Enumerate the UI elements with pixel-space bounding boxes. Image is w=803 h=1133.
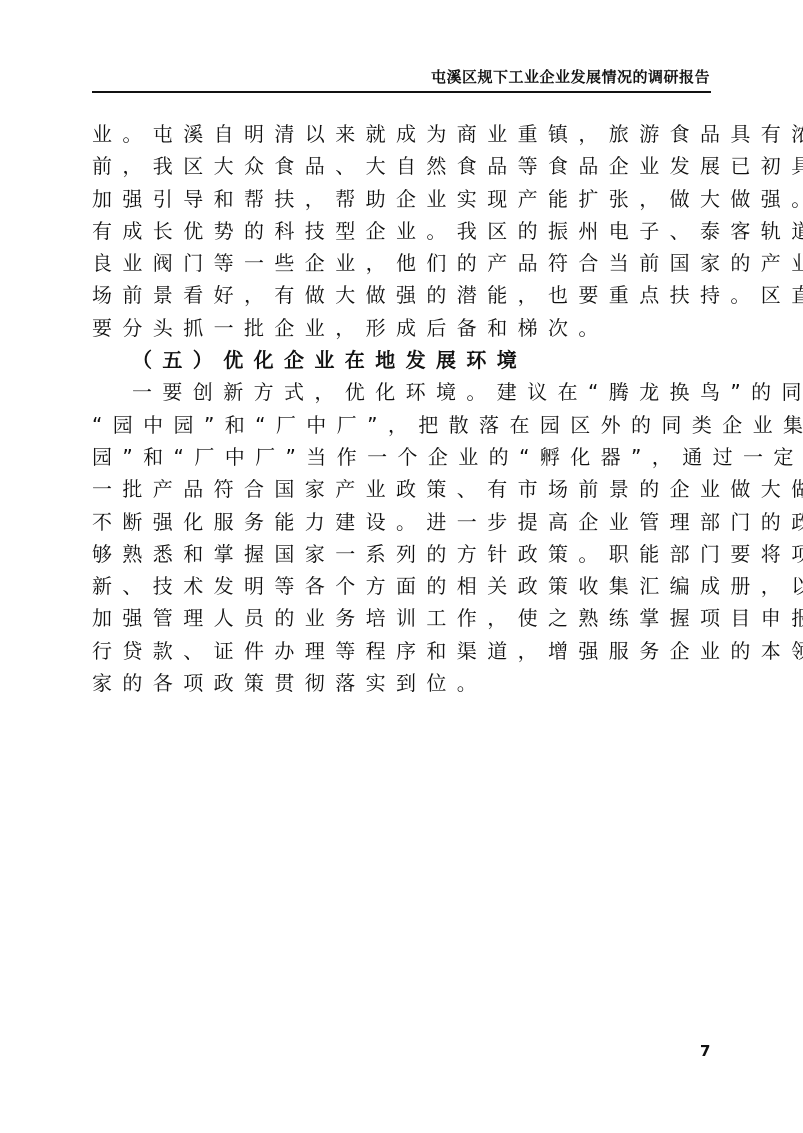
running-header-title: 屯溪区规下工业企业发展情况的调研报告 xyxy=(431,66,710,87)
paragraph-line: 一要创新方式，优化环境。建议在“腾龙换鸟”的同时，园区内开辟 xyxy=(92,376,717,408)
paragraph-line: 加强管理人员的业务培训工作，使之熟练掌握项目申报、税费减免、银 xyxy=(92,602,717,634)
paragraph-line: “园中园”和“厂中厂”，把散落在园区外的同类企业集中起来，把“园中 xyxy=(92,409,717,441)
paragraph-line: 业。屯溪自明清以来就成为商业重镇，旅游食品具有浓郁地域特色。目 xyxy=(92,118,717,150)
paragraph-line: 有成长优势的科技型企业。我区的振州电子、泰客轨道、派尼尔科技、 xyxy=(92,215,717,247)
paragraph-line: 场前景看好，有做大做强的潜能，也要重点扶持。区直各部门和乡镇也 xyxy=(92,279,717,311)
paragraph-line: 行贷款、证件办理等程序和渠道，增强服务企业的本领和能力，确保国 xyxy=(92,635,717,667)
paragraph-line: 一批产品符合国家产业政策、有市场前景的企业做大做强上规模。二要 xyxy=(92,473,717,505)
paragraph-line: 不断强化服务能力建设。进一步提高企业管理部门的政策水平，使之能 xyxy=(92,506,717,538)
paragraph-line: 新、技术发明等各个方面的相关政策收集汇编成册，以便学习和使用。 xyxy=(92,570,717,602)
paragraph-line: 够熟悉和掌握国家一系列的方针政策。职能部门要将项目建设、科技创 xyxy=(92,538,717,570)
header-divider xyxy=(92,91,711,93)
paragraph-line: 园”和“厂中厂”当作一个企业的“孵化器”，通过一定时间的培养，力推 xyxy=(92,441,717,473)
paragraph-line: 要分头抓一批企业，形成后备和梯次。 xyxy=(92,312,717,344)
body-text: 业。屯溪自明清以来就成为商业重镇，旅游食品具有浓郁地域特色。目 前，我区大众食品… xyxy=(92,118,717,699)
page-number: 7 xyxy=(700,1042,710,1060)
paragraph-line: 良业阀门等一些企业，他们的产品符合当前国家的产业政策和导向，市 xyxy=(92,247,717,279)
paragraph-line: 加强引导和帮扶，帮助企业实现产能扩张，做大做强。三要重点扶持具 xyxy=(92,183,717,215)
paragraph-line: 前，我区大众食品、大自然食品等食品企业发展已初具规模，建议政府 xyxy=(92,150,717,182)
section-heading: （五）优化企业在地发展环境 xyxy=(92,344,717,376)
paragraph-line: 家的各项政策贯彻落实到位。 xyxy=(92,667,717,699)
